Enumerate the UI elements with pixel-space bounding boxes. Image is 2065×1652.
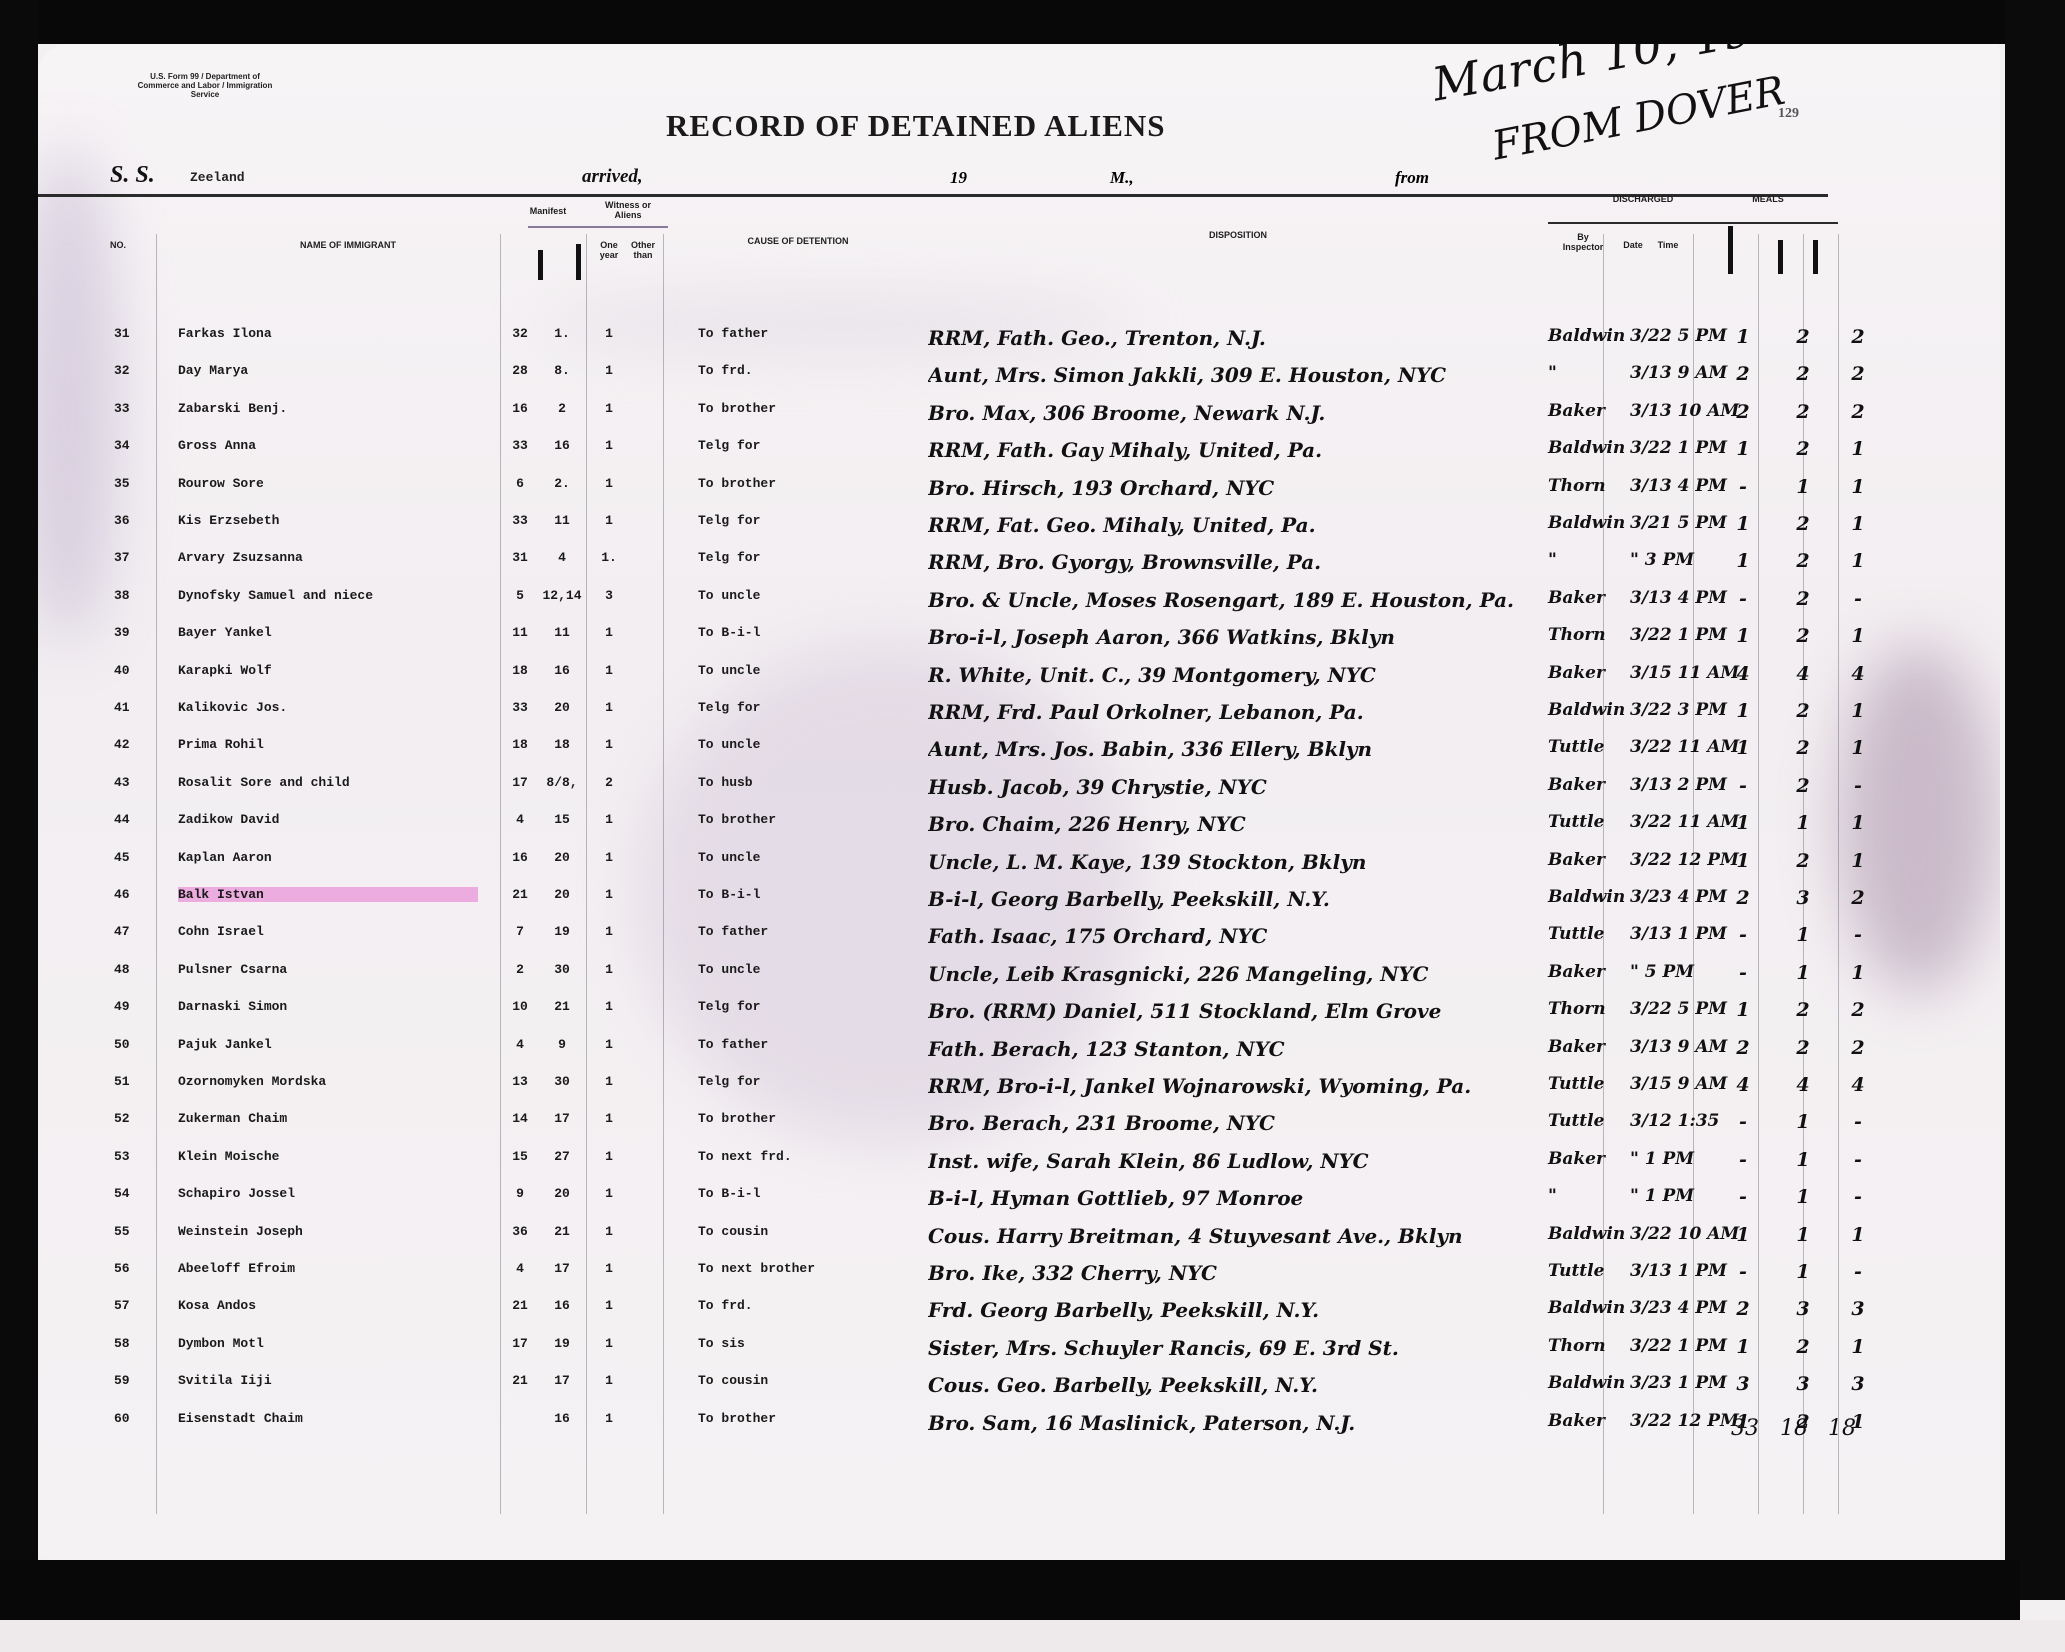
meal-breakfast: 1 (1723, 438, 1763, 460)
immigrant-name: Svitila Iiji (178, 1373, 478, 1388)
cause-of-detention: Telg for (698, 438, 898, 453)
table-row: 58Dymbon Motl17191To sisSister, Mrs. Sch… (38, 1336, 2000, 1374)
disposition: RRM, Bro-i-l, Jankel Wojnarowski, Wyomin… (928, 1074, 1548, 1098)
discharged-by-inspector: Baldwin (1548, 438, 1628, 458)
disposition: Cous. Geo. Barbelly, Peekskill, N.Y. (928, 1373, 1548, 1397)
immigrant-name: Kosa Andos (178, 1298, 478, 1313)
meal-dinner: 2 (1783, 625, 1823, 647)
row-number: 49 (114, 999, 154, 1014)
meal-dinner: 1 (1783, 812, 1823, 834)
manifest-list: 15 (503, 1149, 537, 1164)
header-disposition: DISPOSITION (1178, 230, 1298, 240)
discharged-by-inspector: Thorn (1548, 1336, 1628, 1356)
manifest-list: 33 (503, 700, 537, 715)
witness-one-year: 1 (594, 1224, 624, 1239)
cause-of-detention: To brother (698, 401, 898, 416)
witness-one-year: 1. (594, 550, 624, 565)
discharged-by-inspector: " (1548, 550, 1628, 570)
meal-breakfast: 1 (1723, 850, 1763, 872)
manifest-line: 4 (538, 550, 586, 565)
immigrant-name: Karapki Wolf (178, 663, 478, 678)
discharged-by-inspector: Baker (1548, 1411, 1628, 1431)
manifest-list: 14 (503, 1111, 537, 1126)
table-row: 34Gross Anna33161Telg forRRM, Fath. Gay … (38, 438, 2000, 476)
cause-of-detention: To frd. (698, 363, 898, 378)
witness-one-year: 1 (594, 924, 624, 939)
table-row: 41Kalikovic Jos.33201Telg forRRM, Frd. P… (38, 700, 2000, 738)
witness-one-year: 1 (594, 476, 624, 491)
cause-of-detention: To brother (698, 476, 898, 491)
immigrant-name: Weinstein Joseph (178, 1224, 478, 1239)
meal-breakfast: 1 (1723, 812, 1763, 834)
manifest-line: 16 (538, 438, 586, 453)
meal-dinner: 1 (1783, 1186, 1823, 1208)
meal-dinner: 2 (1783, 999, 1823, 1021)
discharged-date-time: 3/13 4 PM (1630, 588, 1720, 608)
meal-supper: 4 (1838, 663, 1878, 685)
cause-of-detention: To B-i-l (698, 887, 898, 902)
discharged-by-inspector: Baker (1548, 1037, 1628, 1057)
row-number: 43 (114, 775, 154, 790)
manifest-list: 9 (503, 1186, 537, 1201)
table-row: 40Karapki Wolf18161To uncleR. White, Uni… (38, 663, 2000, 701)
discharged-by-inspector: Tuttle (1548, 1074, 1628, 1094)
witness-one-year: 1 (594, 962, 624, 977)
discharged-date-time: " 3 PM (1630, 550, 1720, 570)
manifest-line: 9 (538, 1037, 586, 1052)
cause-of-detention: To uncle (698, 663, 898, 678)
meal-breakfast: 2 (1723, 363, 1763, 385)
discharged-by-inspector: " (1548, 363, 1628, 383)
row-number: 41 (114, 700, 154, 715)
row-number: 59 (114, 1373, 154, 1388)
meal-dinner: 1 (1783, 1111, 1823, 1133)
manifest-line: 20 (538, 850, 586, 865)
manifest-list: 36 (503, 1224, 537, 1239)
table-row: 33Zabarski Benj.1621To brotherBro. Max, … (38, 401, 2000, 439)
discharged-date-time: " 1 PM (1630, 1186, 1720, 1206)
manifest-list: 16 (503, 401, 537, 416)
table-row: 47Cohn Israel7191To fatherFath. Isaac, 1… (38, 924, 2000, 962)
manifest-tick (538, 250, 543, 280)
immigrant-name: Day Marya (178, 363, 478, 378)
disposition: Frd. Georg Barbelly, Peekskill, N.Y. (928, 1298, 1548, 1322)
witness-one-year: 1 (594, 326, 624, 341)
witness-one-year: 1 (594, 887, 624, 902)
witness-one-year: 3 (594, 588, 624, 603)
table-row: 60Eisenstadt Chaim161To brotherBro. Sam,… (38, 1411, 2000, 1449)
discharged-date-time: 3/22 5 PM (1630, 326, 1720, 346)
row-number: 54 (114, 1186, 154, 1201)
manifest-list: 28 (503, 363, 537, 378)
header-discharged: DISCHARGED (1583, 194, 1703, 204)
witness-one-year: 1 (594, 737, 624, 752)
witness-one-year: 1 (594, 625, 624, 640)
table-row: 35Rourow Sore62.1To brotherBro. Hirsch, … (38, 476, 2000, 514)
meal-breakfast: 2 (1723, 1298, 1763, 1320)
manifest-line: 20 (538, 1186, 586, 1201)
discharged-by-inspector: Baldwin (1548, 513, 1628, 533)
discharged-by-inspector: Baker (1548, 588, 1628, 608)
disposition: Inst. wife, Sarah Klein, 86 Ludlow, NYC (928, 1149, 1548, 1173)
meal-dinner: 2 (1783, 1037, 1823, 1059)
manifest-line: 11 (538, 513, 586, 528)
meal-dinner: 1 (1783, 476, 1823, 498)
discharged-by-inspector: Baker (1548, 1149, 1628, 1169)
disposition: Uncle, Leib Krasgnicki, 226 Mangeling, N… (928, 962, 1548, 986)
meal-dinner: 2 (1783, 550, 1823, 572)
header-no: NO. (98, 240, 138, 250)
scan-border-right (2005, 0, 2065, 1600)
meal-breakfast: - (1723, 1186, 1763, 1208)
cause-of-detention: To uncle (698, 588, 898, 603)
manifest-list: 21 (503, 1373, 537, 1388)
discharged-date-time: 3/12 1:35 (1630, 1111, 1720, 1131)
discharged-date-time: 3/13 9 AM (1630, 1037, 1720, 1057)
manifest-tick (576, 244, 581, 280)
cause-of-detention: To frd. (698, 1298, 898, 1313)
meal-supper: 1 (1838, 737, 1878, 759)
meal-supper: 1 (1838, 476, 1878, 498)
row-number: 58 (114, 1336, 154, 1351)
immigrant-name: Balk Istvan (178, 887, 478, 902)
table-row: 54Schapiro Jossel9201To B-i-lB-i-l, Hyma… (38, 1186, 2000, 1224)
cause-of-detention: To cousin (698, 1373, 898, 1388)
meal-supper: 1 (1838, 550, 1878, 572)
meal-supper: 2 (1838, 887, 1878, 909)
immigrant-name: Darnaski Simon (178, 999, 478, 1014)
meal-supper: 2 (1838, 1037, 1878, 1059)
row-number: 38 (114, 588, 154, 603)
manifest-list: 5 (503, 588, 537, 603)
manifest-line: 17 (538, 1261, 586, 1276)
witness-one-year: 1 (594, 1373, 624, 1388)
cause-of-detention: To father (698, 1037, 898, 1052)
header-cause: CAUSE OF DETENTION (718, 236, 878, 246)
total-dinner: 18 (1780, 1416, 1808, 1441)
manifest-line: 16 (538, 1298, 586, 1313)
manifest-list: 21 (503, 887, 537, 902)
header-by-inspector: By Inspector (1558, 232, 1608, 252)
manifest-line: 20 (538, 887, 586, 902)
witness-one-year: 1 (594, 1074, 624, 1089)
manifest-line: 2 (538, 401, 586, 416)
row-number: 39 (114, 625, 154, 640)
cause-of-detention: To uncle (698, 737, 898, 752)
disposition: Bro. Chaim, 226 Henry, NYC (928, 812, 1548, 836)
witness-one-year: 1 (594, 1298, 624, 1313)
cause-of-detention: To father (698, 326, 898, 341)
immigrant-name: Rourow Sore (178, 476, 478, 491)
meal-tick (1728, 226, 1733, 274)
manifest-line: 27 (538, 1149, 586, 1164)
discharged-date-time: 3/22 1 PM (1630, 438, 1720, 458)
immigrant-name: Gross Anna (178, 438, 478, 453)
cause-of-detention: To B-i-l (698, 625, 898, 640)
disposition: B-i-l, Hyman Gottlieb, 97 Monroe (928, 1186, 1548, 1210)
cause-of-detention: To father (698, 924, 898, 939)
meal-breakfast: 3 (1723, 1373, 1763, 1395)
meal-supper: - (1838, 1186, 1878, 1208)
meal-tick (1813, 240, 1818, 274)
table-row: 49Darnaski Simon10211Telg forBro. (RRM) … (38, 999, 2000, 1037)
cause-of-detention: Telg for (698, 700, 898, 715)
row-number: 44 (114, 812, 154, 827)
manifest-line: 16 (538, 663, 586, 678)
meal-breakfast: 1 (1723, 625, 1763, 647)
manifest-line: 19 (538, 1336, 586, 1351)
table-row: 45Kaplan Aaron16201To uncleUncle, L. M. … (38, 850, 2000, 888)
header-witness: Witness or Aliens (593, 200, 663, 220)
meal-dinner: 2 (1783, 700, 1823, 722)
disposition: R. White, Unit. C., 39 Montgomery, NYC (928, 663, 1548, 687)
meal-supper: 3 (1838, 1298, 1878, 1320)
meal-breakfast: 2 (1723, 1037, 1763, 1059)
meal-supper: 1 (1838, 438, 1878, 460)
manifest-line: 15 (538, 812, 586, 827)
table-row: 59Svitila Iiji21171To cousinCous. Geo. B… (38, 1373, 2000, 1411)
ship-name: Zeeland (190, 170, 245, 185)
discharged-date-time: 3/23 4 PM (1630, 887, 1720, 907)
table-row: 32Day Marya288.1To frd.Aunt, Mrs. Simon … (38, 363, 2000, 401)
discharged-date-time: 3/22 10 AM (1630, 1224, 1720, 1244)
meal-dinner: 1 (1783, 1224, 1823, 1246)
meal-breakfast: 1 (1723, 700, 1763, 722)
manifest-list: 17 (503, 1336, 537, 1351)
discharged-by-inspector: Baker (1548, 775, 1628, 795)
total-supper: 18 (1828, 1416, 1856, 1441)
meal-breakfast: 2 (1723, 887, 1763, 909)
disposition: Aunt, Mrs. Simon Jakkli, 309 E. Houston,… (928, 363, 1548, 387)
manifest-list: 17 (503, 775, 537, 790)
immigrant-name: Zadikow David (178, 812, 478, 827)
immigrant-name: Pajuk Jankel (178, 1037, 478, 1052)
header-manifest: Manifest (518, 206, 578, 216)
manifest-list: 4 (503, 1261, 537, 1276)
discharged-by-inspector: Thorn (1548, 625, 1628, 645)
meal-dinner: 4 (1783, 663, 1823, 685)
table-row: 37Arvary Zsuzsanna3141.Telg forRRM, Bro.… (38, 550, 2000, 588)
meal-breakfast: - (1723, 775, 1763, 797)
cause-of-detention: Telg for (698, 999, 898, 1014)
discharged-date-time: 3/23 4 PM (1630, 1298, 1720, 1318)
manifest-list: 33 (503, 513, 537, 528)
meal-tick (1778, 240, 1783, 274)
manifest-line: 17 (538, 1111, 586, 1126)
immigrant-name: Ozornomyken Mordska (178, 1074, 478, 1089)
scan-border-bottom (0, 1560, 2020, 1620)
table-row: 51Ozornomyken Mordska13301Telg forRRM, B… (38, 1074, 2000, 1112)
manifest-list: 21 (503, 1298, 537, 1313)
meal-dinner: 2 (1783, 401, 1823, 423)
disposition: RRM, Fath. Gay Mihaly, United, Pa. (928, 438, 1548, 462)
meal-supper: 2 (1838, 999, 1878, 1021)
meal-dinner: 2 (1783, 513, 1823, 535)
meal-supper: 1 (1838, 625, 1878, 647)
manifest-line: 20 (538, 700, 586, 715)
meal-dinner: 1 (1783, 924, 1823, 946)
discharged-rule (1548, 222, 1838, 224)
table-row: 43Rosalit Sore and child178/8,2To husbHu… (38, 775, 2000, 813)
meal-breakfast: - (1723, 962, 1763, 984)
meal-supper: - (1838, 1149, 1878, 1171)
disposition: Aunt, Mrs. Jos. Babin, 336 Ellery, Bklyn (928, 737, 1548, 761)
discharged-by-inspector: Tuttle (1548, 1261, 1628, 1281)
cause-of-detention: Telg for (698, 550, 898, 565)
meal-supper: 2 (1838, 401, 1878, 423)
discharged-date-time: 3/21 5 PM (1630, 513, 1720, 533)
discharged-by-inspector: Baker (1548, 401, 1628, 421)
meal-dinner: 2 (1783, 1336, 1823, 1358)
immigrant-name: Farkas Ilona (178, 326, 478, 341)
manifest-line: 1. (538, 326, 586, 341)
manifest-list: 6 (503, 476, 537, 491)
meal-dinner: 2 (1783, 363, 1823, 385)
discharged-by-inspector: Baker (1548, 850, 1628, 870)
cause-of-detention: To husb (698, 775, 898, 790)
meal-dinner: 2 (1783, 326, 1823, 348)
arrived-label: arrived, (582, 166, 643, 188)
row-number: 57 (114, 1298, 154, 1313)
ship-label: S. S. (110, 162, 155, 189)
discharged-date-time: 3/22 11 AM (1630, 737, 1720, 757)
row-number: 32 (114, 363, 154, 378)
discharged-date-time: 3/22 12 PM (1630, 850, 1720, 870)
immigrant-name: Arvary Zsuzsanna (178, 550, 478, 565)
row-number: 46 (114, 887, 154, 902)
witness-one-year: 1 (594, 850, 624, 865)
meal-dinner: 2 (1783, 737, 1823, 759)
disposition: Bro. Ike, 332 Cherry, NYC (928, 1261, 1548, 1285)
discharged-date-time: 3/13 10 AM (1630, 401, 1720, 421)
discharged-date-time: 3/13 1 PM (1630, 924, 1720, 944)
row-number: 47 (114, 924, 154, 939)
discharged-date-time: 3/22 12 PM (1630, 1411, 1720, 1431)
manifest-line: 21 (538, 1224, 586, 1239)
meal-dinner: 4 (1783, 1074, 1823, 1096)
meal-breakfast: - (1723, 588, 1763, 610)
immigrant-name: Bayer Yankel (178, 625, 478, 640)
total-breakfast: 33 (1731, 1416, 1759, 1441)
m-label: M., (1110, 168, 1134, 188)
meal-supper: - (1838, 588, 1878, 610)
immigrant-name: Dymbon Motl (178, 1336, 478, 1351)
discharged-date-time: 3/13 2 PM (1630, 775, 1720, 795)
disposition: Bro. Berach, 231 Broome, NYC (928, 1111, 1548, 1135)
cause-of-detention: Telg for (698, 1074, 898, 1089)
manifest-line: 19 (538, 924, 586, 939)
witness-one-year: 1 (594, 1336, 624, 1351)
meal-supper: 1 (1838, 700, 1878, 722)
year-label: 19 (950, 168, 967, 188)
cause-of-detention: To uncle (698, 850, 898, 865)
disposition: Fath. Isaac, 175 Orchard, NYC (928, 924, 1548, 948)
header-rule (38, 194, 1828, 197)
row-number: 34 (114, 438, 154, 453)
manifest-line: 18 (538, 737, 586, 752)
row-number: 53 (114, 1149, 154, 1164)
table-row: 55Weinstein Joseph36211To cousinCous. Ha… (38, 1224, 2000, 1262)
meal-supper: 1 (1838, 812, 1878, 834)
row-number: 55 (114, 1224, 154, 1239)
manifest-list: 10 (503, 999, 537, 1014)
manifest-list: 13 (503, 1074, 537, 1089)
row-number: 35 (114, 476, 154, 491)
witness-one-year: 1 (594, 1037, 624, 1052)
cause-of-detention: To next brother (698, 1261, 898, 1276)
disposition: RRM, Bro. Gyorgy, Brownsville, Pa. (928, 550, 1548, 574)
meal-supper: 1 (1838, 850, 1878, 872)
scan-border-left (0, 0, 38, 1652)
discharged-date-time: 3/15 9 AM (1630, 1074, 1720, 1094)
discharged-by-inspector: Thorn (1548, 476, 1628, 496)
meal-dinner: 3 (1783, 1373, 1823, 1395)
witness-one-year: 1 (594, 1261, 624, 1276)
row-number: 40 (114, 663, 154, 678)
page-title: RECORD OF DETAINED ALIENS (666, 108, 1166, 144)
discharged-by-inspector: Tuttle (1548, 924, 1628, 944)
discharged-date-time: 3/22 5 PM (1630, 999, 1720, 1019)
meal-breakfast: - (1723, 1149, 1763, 1171)
table-row: 36Kis Erzsebeth33111Telg forRRM, Fat. Ge… (38, 513, 2000, 551)
immigrant-name: Schapiro Jossel (178, 1186, 478, 1201)
table-row: 44Zadikow David4151To brotherBro. Chaim,… (38, 812, 2000, 850)
table-row: 39Bayer Yankel11111To B-i-lBro-i-l, Jose… (38, 625, 2000, 663)
row-number: 42 (114, 737, 154, 752)
manifest-list: 7 (503, 924, 537, 939)
manifest-list: 4 (503, 812, 537, 827)
disposition: RRM, Fat. Geo. Mihaly, United, Pa. (928, 513, 1548, 537)
immigrant-name: Cohn Israel (178, 924, 478, 939)
discharged-by-inspector: Baldwin (1548, 700, 1628, 720)
discharged-date-time: 3/22 11 AM (1630, 812, 1720, 832)
cause-of-detention: To uncle (698, 962, 898, 977)
meal-supper: - (1838, 775, 1878, 797)
manifest-list: 33 (503, 438, 537, 453)
meal-dinner: 2 (1783, 850, 1823, 872)
header-witness-sub2: Other than (628, 240, 658, 260)
witness-one-year: 1 (594, 401, 624, 416)
manifest-line: 30 (538, 1074, 586, 1089)
cause-of-detention: Telg for (698, 513, 898, 528)
meal-dinner: 1 (1783, 962, 1823, 984)
meal-supper: 1 (1838, 962, 1878, 984)
meal-breakfast: 1 (1723, 999, 1763, 1021)
meal-supper: 4 (1838, 1074, 1878, 1096)
witness-one-year: 2 (594, 775, 624, 790)
meal-breakfast: 1 (1723, 550, 1763, 572)
disposition: Cous. Harry Breitman, 4 Stuyvesant Ave.,… (928, 1224, 1548, 1248)
row-number: 48 (114, 962, 154, 977)
disposition: RRM, Frd. Paul Orkolner, Lebanon, Pa. (928, 700, 1548, 724)
meal-breakfast: 1 (1723, 737, 1763, 759)
manifest-list: 31 (503, 550, 537, 565)
row-number: 52 (114, 1111, 154, 1126)
meal-supper: - (1838, 924, 1878, 946)
manifest-line: 30 (538, 962, 586, 977)
immigrant-name: Zukerman Chaim (178, 1111, 478, 1126)
disposition: RRM, Fath. Geo., Trenton, N.J. (928, 326, 1548, 350)
row-number: 37 (114, 550, 154, 565)
witness-one-year: 1 (594, 438, 624, 453)
table-row: 57Kosa Andos21161To frd.Frd. Georg Barbe… (38, 1298, 2000, 1336)
discharged-date-time: 3/22 3 PM (1630, 700, 1720, 720)
cause-of-detention: To B-i-l (698, 1186, 898, 1201)
discharged-date-time: " 5 PM (1630, 962, 1720, 982)
manifest-line: 8/8, (538, 775, 586, 790)
discharged-by-inspector: Tuttle (1548, 1111, 1628, 1131)
cause-of-detention: To sis (698, 1336, 898, 1351)
